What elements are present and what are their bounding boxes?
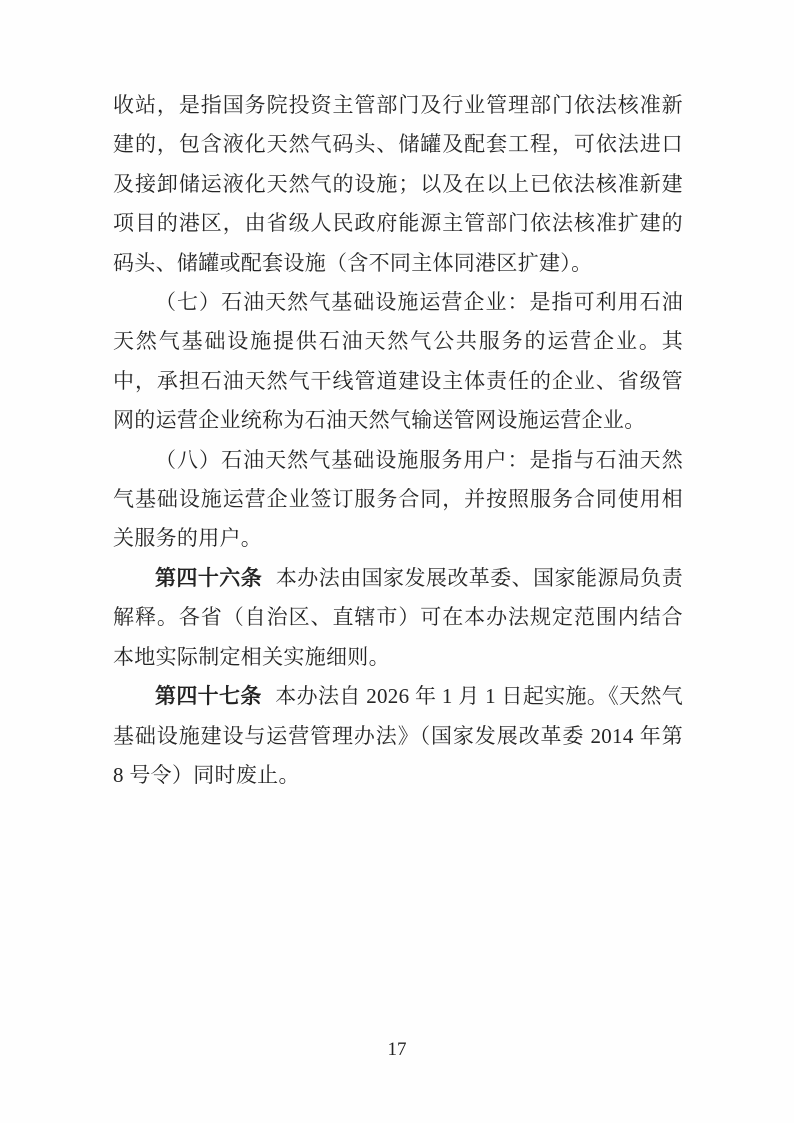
paragraph: （八）石油天然气基础设施服务用户：是指与石油天然气基础设施运营企业签订服务合同，… <box>113 441 683 559</box>
paragraph: 第四十六条本办法由国家发展改革委、国家能源局负责解释。各省（自治区、直辖市）可在… <box>113 559 683 677</box>
paragraph-text: 收站，是指国务院投资主管部门及行业管理部门依法核准新建的，包含液化天然气码头、储… <box>113 93 683 275</box>
document-page: 收站，是指国务院投资主管部门及行业管理部门依法核准新建的，包含液化天然气码头、储… <box>0 0 794 1123</box>
article-number-label: 第四十六条 <box>155 566 262 590</box>
document-body: 收站，是指国务院投资主管部门及行业管理部门依法核准新建的，包含液化天然气码头、储… <box>113 86 683 795</box>
paragraph-text: （七）石油天然气基础设施运营企业：是指可利用石油天然气基础设施提供石油天然气公共… <box>113 290 683 432</box>
article-number-label: 第四十七条 <box>155 684 262 708</box>
paragraph: 收站，是指国务院投资主管部门及行业管理部门依法核准新建的，包含液化天然气码头、储… <box>113 86 683 283</box>
page-number: 17 <box>0 1036 794 1064</box>
paragraph: 第四十七条本办法自 2026 年 1 月 1 日起实施。《天然气基础设施建设与运… <box>113 677 683 795</box>
paragraph-text: （八）石油天然气基础设施服务用户：是指与石油天然气基础设施运营企业签订服务合同，… <box>113 448 683 551</box>
paragraph: （七）石油天然气基础设施运营企业：是指可利用石油天然气基础设施提供石油天然气公共… <box>113 283 683 441</box>
